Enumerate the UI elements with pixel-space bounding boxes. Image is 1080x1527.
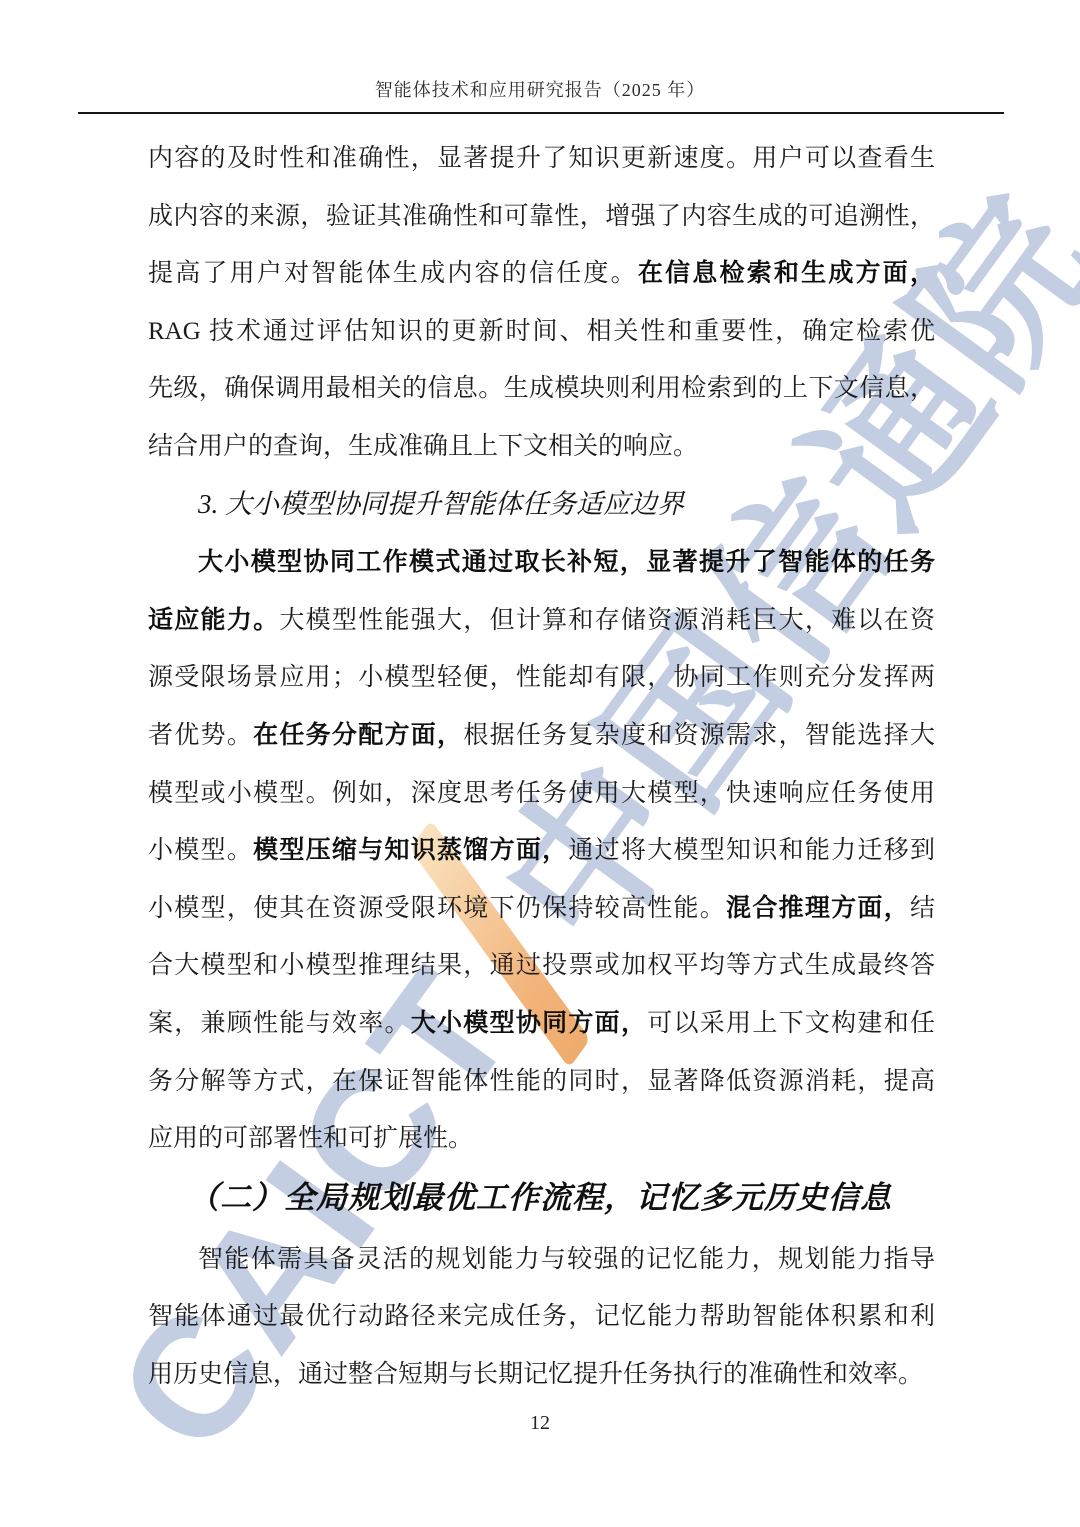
text-run: 小模型，使其在资源受限环境下仍保持较高性能。 — [148, 895, 726, 922]
text-run: 模型或小模型。例如，深度思考任务使用大模型，快速响应任务使用 — [148, 780, 935, 807]
subsection-heading: 3. 大小模型协同提升智能体任务适应边界 — [148, 476, 935, 535]
text-line: 务分解等方式，在保证智能体性能的同时，显著降低资源消耗，提高 — [148, 1053, 935, 1111]
text-run: 根据任务复杂度和资源需求，智能选择大 — [463, 722, 935, 749]
emphasis-run: 在任务分配方面， — [253, 721, 463, 749]
emphasis-run: 大小模型协同工作模式通过取长补短，显著提升了智能体的任务 — [198, 548, 935, 576]
paragraph: 大小模型协同工作模式通过取长补短，显著提升了智能体的任务适应能力。大模型性能强大… — [148, 534, 935, 1168]
text-run: 案，兼顾性能与效率。 — [148, 1010, 411, 1037]
text-line: 模型或小模型。例如，深度思考任务使用大模型，快速响应任务使用 — [148, 765, 935, 823]
text-run: 智能体需具备灵活的规划能力与较强的记忆能力，规划能力指导 — [198, 1246, 935, 1273]
document-page: CAICT 中国信通院 智能体技术和应用研究报告（2025 年） 内容的及时性和… — [0, 0, 1080, 1527]
text-run: 提高了用户对智能体生成内容的信任度。 — [148, 260, 638, 287]
running-header-title: 智能体技术和应用研究报告（2025 年） — [0, 76, 1080, 102]
text-line: 小模型。模型压缩与知识蒸馏方面，通过将大模型知识和能力迁移到 — [148, 822, 935, 880]
text-line: 先级，确保调用最相关的信息。生成模块则利用检索到的上下文信息， — [148, 360, 935, 418]
text-run: RAG 技术通过评估知识的更新时间、相关性和重要性，确定检索优 — [148, 318, 935, 345]
text-run: 结 — [910, 895, 935, 922]
paragraph: 内容的及时性和准确性，显著提升了知识更新速度。用户可以查看生成内容的来源，验证其… — [148, 130, 935, 476]
text-run: 源受限场景应用；小模型轻便，性能却有限，协同工作则充分发挥两 — [148, 664, 935, 691]
text-run: 务分解等方式，在保证智能体性能的同时，显著降低资源消耗，提高 — [148, 1068, 935, 1095]
text-line: 内容的及时性和准确性，显著提升了知识更新速度。用户可以查看生 — [148, 130, 935, 188]
text-line: 合大模型和小模型推理结果，通过投票或加权平均等方式生成最终答 — [148, 937, 935, 995]
emphasis-run: 在信息检索和生成方面， — [638, 259, 935, 287]
text-line: 成内容的来源，验证其准确性和可靠性，增强了内容生成的可追溯性， — [148, 188, 935, 246]
section-heading: （二）全局规划最优工作流程，记忆多元历史信息 — [148, 1168, 935, 1231]
text-run: 应用的可部署性和可扩展性。 — [148, 1125, 473, 1152]
text-line: 者优势。在任务分配方面，根据任务复杂度和资源需求，智能选择大 — [148, 707, 935, 765]
emphasis-run: （二）全局规划最优工作流程，记忆多元历史信息 — [188, 1180, 892, 1215]
text-run: 3. 大小模型协同提升智能体任务适应边界 — [198, 489, 684, 519]
text-line: 提高了用户对智能体生成内容的信任度。在信息检索和生成方面， — [148, 245, 935, 303]
text-line: 3. 大小模型协同提升智能体任务适应边界 — [148, 476, 935, 535]
text-run: 用历史信息，通过整合短期与长期记忆提升任务执行的准确性和效率。 — [148, 1361, 923, 1388]
text-line: 适应能力。大模型性能强大，但计算和存储资源消耗巨大，难以在资 — [148, 592, 935, 650]
text-line: 案，兼顾性能与效率。大小模型协同方面，可以采用上下文构建和任 — [148, 995, 935, 1053]
text-line: 小模型，使其在资源受限环境下仍保持较高性能。混合推理方面，结 — [148, 880, 935, 938]
text-run: 者优势。 — [148, 722, 253, 749]
header-rule — [78, 112, 1004, 114]
text-line: 用历史信息，通过整合短期与长期记忆提升任务执行的准确性和效率。 — [148, 1346, 935, 1404]
text-run: 可以采用上下文构建和任 — [647, 1010, 935, 1037]
text-line: 智能体需具备灵活的规划能力与较强的记忆能力，规划能力指导 — [148, 1231, 935, 1289]
text-run: 合大模型和小模型推理结果，通过投票或加权平均等方式生成最终答 — [148, 952, 935, 979]
text-line: （二）全局规划最优工作流程，记忆多元历史信息 — [148, 1168, 935, 1231]
text-line: 智能体通过最优行动路径来完成任务，记忆能力帮助智能体积累和利 — [148, 1288, 935, 1346]
emphasis-run: 混合推理方面， — [726, 894, 910, 922]
text-run: 先级，确保调用最相关的信息。生成模块则利用检索到的上下文信息， — [148, 375, 935, 402]
text-line: 应用的可部署性和可扩展性。 — [148, 1110, 935, 1168]
text-run: 内容的及时性和准确性，显著提升了知识更新速度。用户可以查看生 — [148, 145, 935, 172]
emphasis-run: 模型压缩与知识蒸馏方面， — [253, 836, 568, 864]
text-run: 成内容的来源，验证其准确性和可靠性，增强了内容生成的可追溯性， — [148, 203, 935, 230]
text-line: RAG 技术通过评估知识的更新时间、相关性和重要性，确定检索优 — [148, 303, 935, 361]
text-run: 智能体通过最优行动路径来完成任务，记忆能力帮助智能体积累和利 — [148, 1303, 935, 1330]
paragraph: 智能体需具备灵活的规划能力与较强的记忆能力，规划能力指导智能体通过最优行动路径来… — [148, 1231, 935, 1404]
text-run: 大模型性能强大，但计算和存储资源消耗巨大，难以在资 — [279, 607, 935, 634]
emphasis-run: 大小模型协同方面， — [411, 1009, 647, 1037]
text-run: 通过将大模型知识和能力迁移到 — [568, 837, 935, 864]
text-line: 结合用户的查询，生成准确且上下文相关的响应。 — [148, 418, 935, 476]
page-number: 12 — [0, 1412, 1080, 1435]
text-run: 小模型。 — [148, 837, 253, 864]
document-body: 内容的及时性和准确性，显著提升了知识更新速度。用户可以查看生成内容的来源，验证其… — [148, 130, 935, 1403]
text-line: 源受限场景应用；小模型轻便，性能却有限，协同工作则充分发挥两 — [148, 649, 935, 707]
emphasis-run: 适应能力。 — [148, 606, 279, 634]
text-line: 大小模型协同工作模式通过取长补短，显著提升了智能体的任务 — [148, 534, 935, 592]
text-run: 结合用户的查询，生成准确且上下文相关的响应。 — [148, 433, 698, 460]
